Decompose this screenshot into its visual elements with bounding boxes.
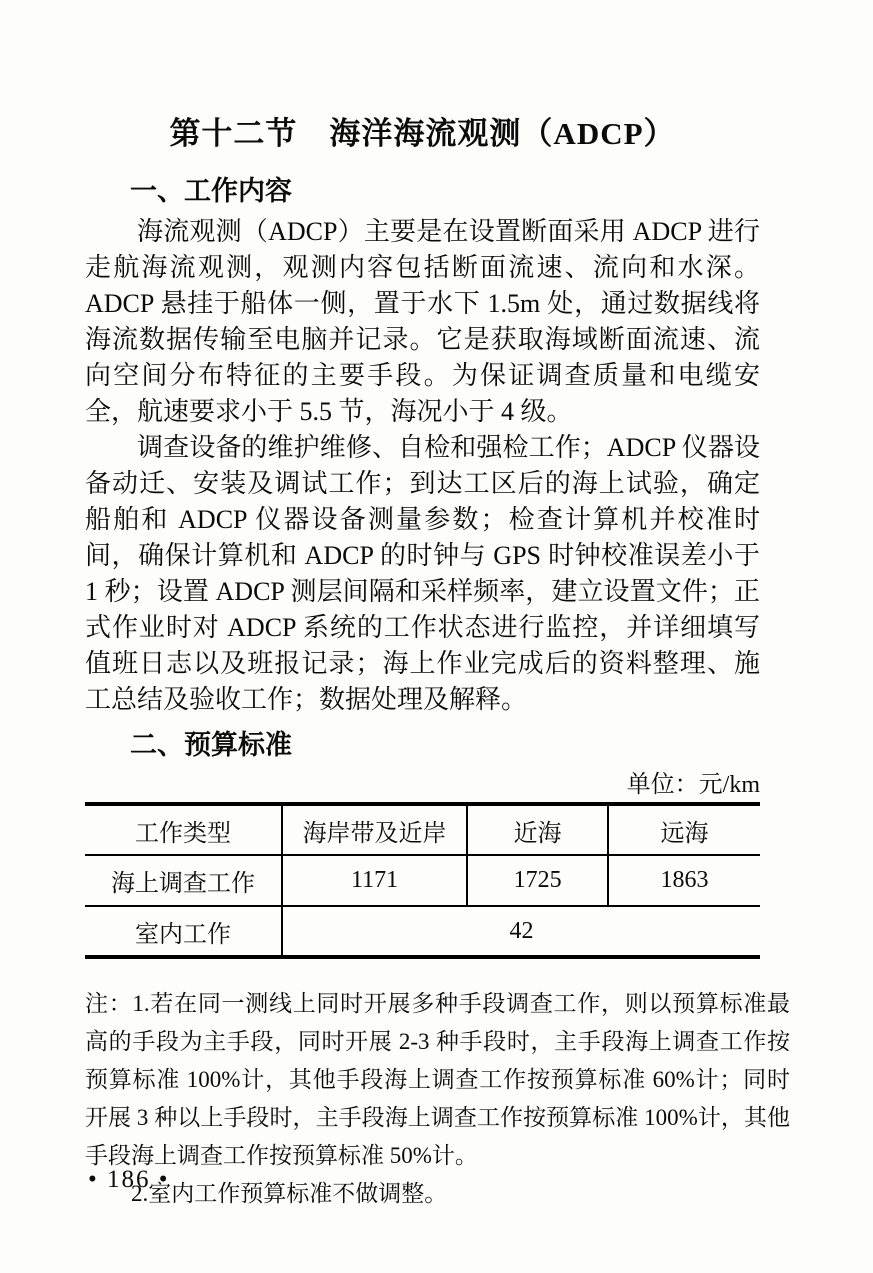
table-note-1: 注：1.若在同一测线上同时开展多种手段调查工作，则以预算标准最高的手段为主手段，… xyxy=(85,985,790,1175)
header-farsea: 远海 xyxy=(608,804,760,855)
value-nearsea: 1725 xyxy=(467,855,608,906)
row-label-sea-survey: 海上调查工作 xyxy=(85,855,282,906)
budget-table-header: 工作类型 海岸带及近岸 近海 远海 xyxy=(85,804,760,855)
table-row-sea-survey: 海上调查工作 1171 1725 1863 xyxy=(85,855,760,906)
value-coastal: 1171 xyxy=(282,855,467,906)
page-title: 第十二节 海洋海流观测（ADCP） xyxy=(85,114,760,154)
row-label-indoor-work: 室内工作 xyxy=(85,906,282,957)
table-header-row: 工作类型 海岸带及近岸 近海 远海 xyxy=(85,804,760,855)
value-indoor-span: 42 xyxy=(282,906,760,957)
table-unit-label: 单位：元/km xyxy=(85,770,760,800)
budget-table: 工作类型 海岸带及近岸 近海 远海 海上调查工作 1171 1725 1863 … xyxy=(85,802,760,959)
header-nearsea: 近海 xyxy=(467,804,608,855)
section1-paragraph-1: 海流观测（ADCP）主要是在设置断面采用 ADCP 进行走航海流观测，观测内容包… xyxy=(85,214,760,430)
section1-heading: 一、工作内容 xyxy=(85,174,760,208)
value-farsea: 1863 xyxy=(608,855,760,906)
table-row-indoor-work: 室内工作 42 xyxy=(85,906,760,957)
section1-paragraph-2: 调查设备的维护维修、自检和强检工作；ADCP 仪器设备动迁、安装及调试工作；到达… xyxy=(85,430,760,718)
table-note-2: 2.室内工作预算标准不做调整。 xyxy=(85,1175,790,1213)
page-number: • 186 • xyxy=(88,1166,170,1194)
section2-heading: 二、预算标准 xyxy=(85,728,760,762)
document-page: 第十二节 海洋海流观测（ADCP） 一、工作内容 海流观测（ADCP）主要是在设… xyxy=(0,0,873,1273)
header-work-type: 工作类型 xyxy=(85,804,282,855)
header-coastal: 海岸带及近岸 xyxy=(282,804,467,855)
